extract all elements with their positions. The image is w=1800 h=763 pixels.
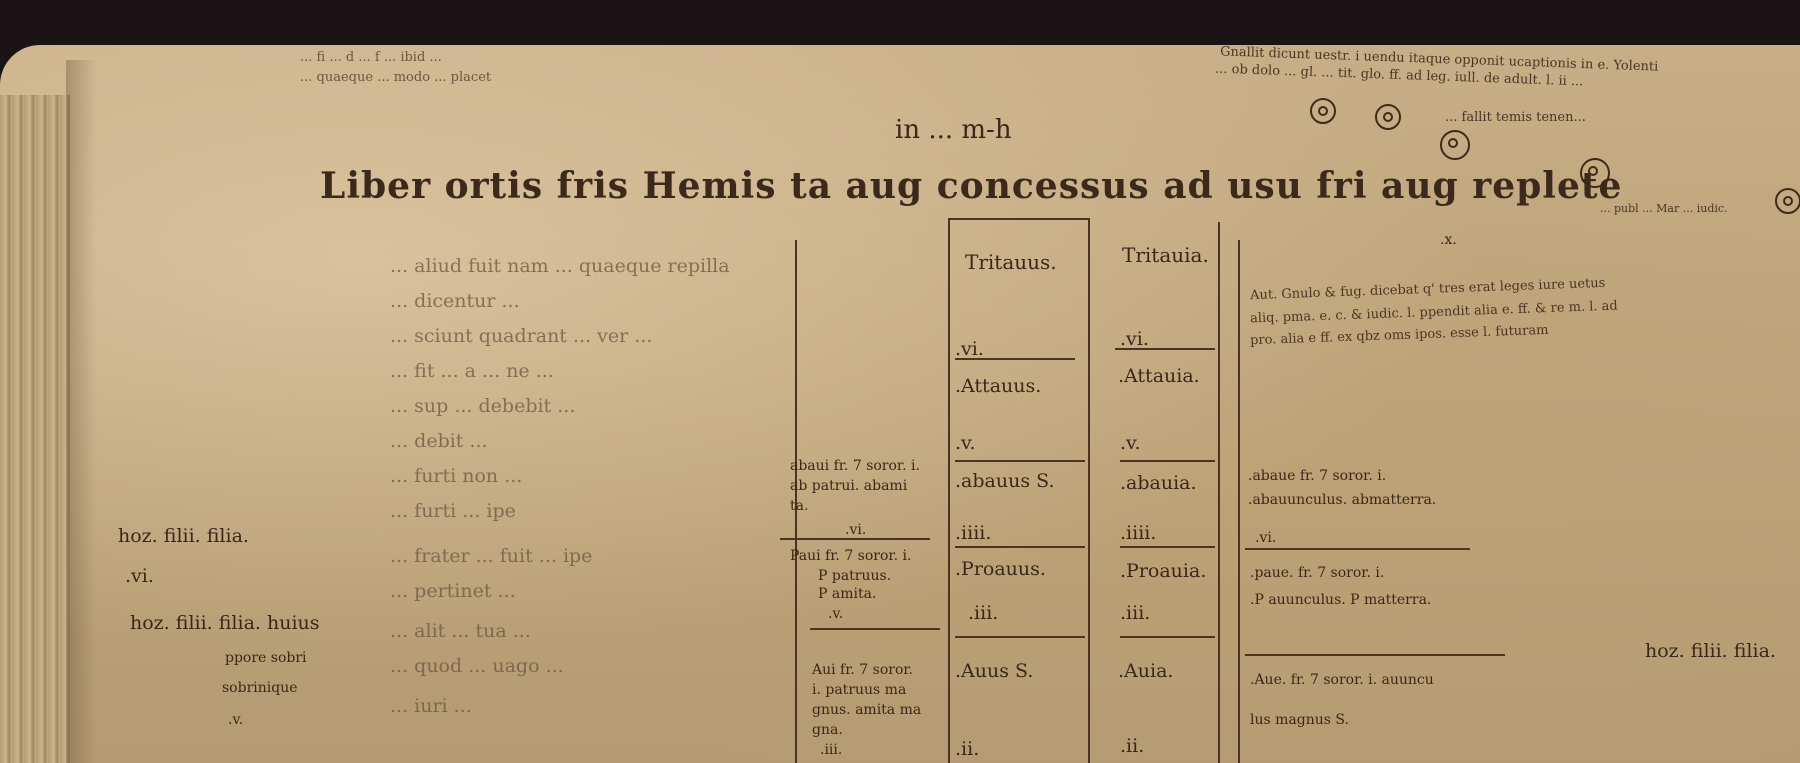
rule [1120,546,1215,548]
ancestor-male: .abauus S. [955,470,1055,492]
book-edge [0,95,70,763]
branch-degree: .v. [828,606,843,622]
table-border [948,218,950,763]
margin-entry: hoz. filii. filia. huius [130,612,320,634]
ancestor-male: .Auus S. [955,660,1033,682]
degree-label: .ii. [1120,735,1144,757]
branch-line: P patruus. [818,568,891,584]
rule [955,460,1085,462]
text-line: ... iuri ... [390,695,472,717]
gloss-marker: .x. [1440,232,1457,248]
text-line: ... aliud fuit nam ... quaeque repilla [390,255,730,277]
ancestor-female: .abauia. [1120,472,1197,494]
swirl-ornament-icon [1375,104,1401,130]
ancestor-female: .Auia. [1118,660,1173,682]
text-line: ... frater ... fuit ... ipe [390,545,592,567]
degree-label: .iii. [968,602,998,624]
column-header: Tritauia. [1122,243,1209,267]
degree-label: .ii. [955,738,979,760]
degree-label: .vi. [955,338,984,360]
degree-label: .v. [955,432,976,454]
degree-label: .iii. [1120,602,1150,624]
rule [1115,348,1215,350]
branch-line: gna. [812,722,843,738]
rule [955,636,1085,638]
ancestor-female: .Attauia. [1118,365,1200,387]
degree-label: .vi. [1120,328,1149,350]
branch-line: abaui fr. 7 soror. i. [790,458,920,474]
table-border [948,218,1088,220]
rule [955,546,1085,548]
branch-line: .abaue fr. 7 soror. i. [1248,468,1386,484]
text-line: ... sup ... debebit ... [390,395,575,417]
branch-degree: .vi. [845,522,866,538]
swirl-ornament-icon [1310,98,1336,124]
margin-degree: .vi. [125,565,154,587]
right-margin-label: hoz. filii. filia. [1645,640,1776,662]
rule [810,628,940,630]
table-border [1218,222,1220,763]
text-line: ... debit ... [390,430,488,452]
ancestor-male: .Proauus. [955,558,1046,580]
text-line: ... pertinet ... [390,580,516,602]
rule [1245,548,1470,550]
degree-label: .iiii. [1120,522,1156,544]
degree-label: .v. [1120,432,1141,454]
margin-entry: hoz. filii. filia. [118,525,249,547]
top-note-right-3: ... fallit temis tenen... [1445,110,1586,125]
branch-line: .P auunculus. P matterra. [1250,592,1431,608]
rule [1120,636,1215,638]
text-line: ... dicentur ... [390,290,520,312]
rule [955,358,1075,360]
branch-degree: .iii. [820,742,842,758]
margin-entry: sobrinique [222,680,298,696]
branch-line: Paui fr. 7 soror. i. [790,548,911,564]
swirl-ornament-icon [1775,188,1800,214]
top-note-left-1: ... fi ... d ... f ... ibid ... [300,50,442,65]
branch-line: Aui fr. 7 soror. [812,662,913,678]
branch-degree: .vi. [1255,530,1276,546]
gutter-shadow [66,60,96,763]
branch-line: gnus. amita ma [812,702,921,718]
top-note-left-2: ... quaeque ... modo ... placet [300,70,491,85]
text-line: ... fit ... a ... ne ... [390,360,554,382]
branch-line: P amita. [818,586,876,602]
branch-line: .paue. fr. 7 soror. i. [1250,565,1384,581]
branch-line: ab patrui. abami [790,478,907,494]
text-line: ... sciunt quadrant ... ver ... [390,325,652,347]
table-border [1088,218,1090,763]
branch-line: .abauunculus. abmatterra. [1248,492,1436,508]
margin-entry: ppore sobri [225,650,307,666]
branch-line: ta. [790,498,808,514]
text-line: ... quod ... uago ... [390,655,564,677]
degree-label: .iiii. [955,522,991,544]
swirl-ornament-icon [1440,130,1470,160]
branch-line: .Aue. fr. 7 soror. i. auuncu [1250,672,1434,688]
text-line: ... furti ... ipe [390,500,516,522]
column-header: Tritauus. [965,250,1057,274]
ancestor-male: .Attauus. [955,375,1041,397]
ancestor-female: .Proauia. [1120,560,1206,582]
rule [1245,654,1505,656]
margin-degree: .v. [228,712,243,728]
branch-line: lus magnus S. [1250,712,1349,728]
rule [780,538,930,540]
rule [1120,460,1215,462]
running-head: in ... m-h [895,115,1012,145]
page-title: Liber ortis fris Hemis ta aug concessus … [320,165,1622,207]
branch-line: i. patruus ma [812,682,906,698]
brace-line [1238,240,1240,763]
text-line: ... alit ... tua ... [390,620,531,642]
text-line: ... furti non ... [390,465,522,487]
